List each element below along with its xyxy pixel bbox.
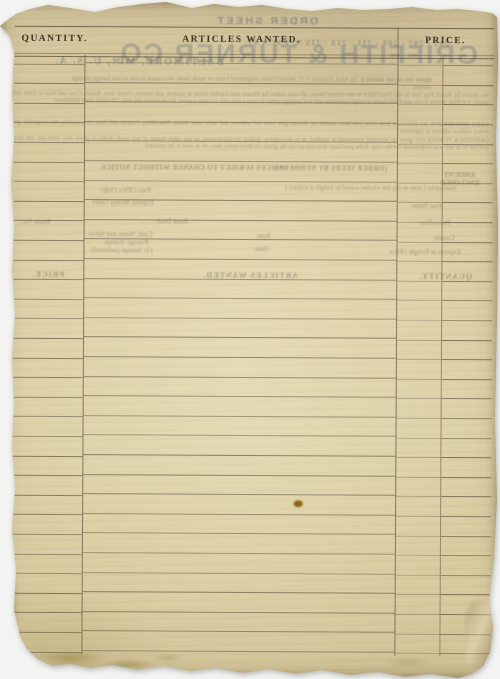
ruled-line-segment [12, 553, 82, 554]
ruled-line-segment [396, 437, 440, 438]
ruled-line-segment [84, 278, 396, 281]
ruled-line-segment [396, 457, 440, 458]
ruled-line-segment [442, 359, 492, 360]
ruled-line-segment [85, 199, 397, 202]
ruled-line-segment [83, 493, 395, 496]
ruled-line-segment [442, 340, 492, 341]
ruled-line-segment [84, 317, 396, 320]
ruled-line-segment [398, 241, 442, 242]
ruled-line-segment [85, 101, 397, 104]
column-header-articles: ARTICLES WANTED. [86, 34, 398, 46]
ruled-line-segment [441, 614, 491, 615]
ruled-line-segment [13, 357, 83, 358]
ruled-line-segment [441, 575, 491, 576]
paper-sheet: ORDER SHEET 205 - 207 - 209 - 211 - 213 … [0, 0, 500, 679]
ruled-line-segment [442, 300, 492, 301]
ruled-line-segment [396, 594, 440, 595]
ruled-line-segment [84, 337, 396, 340]
ruled-line-segment [83, 435, 395, 438]
ruled-line-segment [85, 219, 397, 222]
ruled-line-segment [397, 418, 441, 419]
ruled-line-segment [395, 633, 439, 634]
header-double-rule-bottom [14, 56, 494, 60]
ruled-line-segment [83, 474, 395, 477]
ruled-line-segment [397, 359, 441, 360]
ruled-line-segment [83, 454, 395, 457]
ruled-line-segment [441, 536, 491, 537]
ruled-line-segment [83, 513, 395, 516]
ruled-line-segment [12, 534, 82, 535]
ruled-line-segment [14, 161, 84, 162]
ruled-line-segment [397, 261, 441, 262]
ruled-line-segment [14, 122, 84, 123]
ruled-line-segment [398, 163, 442, 164]
ruled-line-segment [443, 183, 493, 184]
ruled-line-segment [443, 222, 493, 223]
ruled-line-segment [13, 377, 83, 378]
ruled-line-segment [397, 300, 441, 301]
ruled-line-segment [14, 181, 84, 182]
ruled-line-segment [442, 398, 492, 399]
ruled-line-segment [85, 239, 397, 242]
ruled-line-segment [14, 63, 84, 64]
ruled-line-segment [398, 124, 442, 125]
ruled-line-segment [12, 514, 82, 515]
page-content: ORDER SHEET 205 - 207 - 209 - 211 - 213 … [0, 0, 500, 679]
ruled-line-segment [398, 65, 442, 66]
ruled-line-segment [442, 320, 492, 321]
ruled-line-segment [443, 65, 493, 66]
column-header-price: PRICE. [398, 36, 494, 47]
ruled-line-segment [443, 104, 493, 105]
ruled-line-segment [83, 611, 395, 614]
ruled-line-segment [11, 651, 81, 652]
ruled-line-segment [84, 376, 396, 379]
ruled-line-segment [85, 180, 397, 183]
ruled-line-segment [84, 297, 396, 300]
ruled-line-segment [441, 496, 491, 497]
price-cents-divider [439, 58, 443, 656]
ruled-line-segment [397, 398, 441, 399]
ruled-line-segment [13, 397, 83, 398]
ruled-line-segment [83, 591, 395, 594]
ruled-line-segment [443, 124, 493, 125]
ruled-line-segment [84, 258, 396, 261]
ruled-line-segment [396, 496, 440, 497]
ruled-line-segment [84, 356, 396, 359]
ruled-line-segment [12, 495, 82, 496]
ruled-line-segment [14, 220, 84, 221]
column-header-quantity: QUANTITY. [22, 34, 88, 44]
ruled-line-segment [85, 141, 397, 144]
ruled-line-segment [14, 103, 84, 104]
quantity-column-divider [81, 55, 85, 654]
ruled-line-segment [12, 455, 82, 456]
ruled-line-segment [441, 516, 491, 517]
ruled-line-segment [398, 84, 442, 85]
ruled-line-segment [398, 222, 442, 223]
ruled-line-segment [14, 201, 84, 202]
ruled-line-segment [443, 242, 493, 243]
ruled-line-segment [398, 104, 442, 105]
ruled-line-segment [12, 593, 82, 594]
ruled-line-segment [396, 614, 440, 615]
ruled-line-segment [440, 634, 490, 635]
ruled-line-segment [397, 378, 441, 379]
ruled-line-segment [442, 261, 492, 262]
ruled-line-segment [13, 416, 83, 417]
ruled-line-segment [85, 82, 397, 85]
ruled-line-segment [442, 281, 492, 282]
table-top-rule [15, 26, 495, 30]
ruled-line-segment [12, 436, 82, 437]
ruled-line-segment [13, 279, 83, 280]
ruled-line-segment [12, 573, 82, 574]
ruled-line-segment [83, 572, 395, 575]
ruled-line-segment [396, 555, 440, 556]
ruled-line-segment [397, 280, 441, 281]
ruled-line-segment [441, 555, 491, 556]
ruled-line-segment [83, 552, 395, 555]
ruled-line-segment [441, 477, 491, 478]
ruled-line-segment [13, 299, 83, 300]
ruled-line-segment [443, 85, 493, 86]
ruled-line-segment [82, 631, 394, 634]
ruled-line-segment [443, 144, 493, 145]
ruled-line-segment [12, 612, 82, 613]
ruled-rows [2, 0, 500, 1]
ruled-line-segment [442, 418, 492, 419]
ruled-line-segment [440, 653, 490, 654]
ruled-line-segment [443, 202, 493, 203]
ruled-line-segment [13, 259, 83, 260]
ruled-line-segment [83, 533, 395, 536]
ruled-line-segment [441, 457, 491, 458]
ruled-line-segment [396, 476, 440, 477]
ruled-line-segment [441, 438, 491, 439]
ruled-line-segment [12, 475, 82, 476]
ruled-line-segment [395, 653, 439, 654]
ruled-line-segment [14, 240, 84, 241]
ruled-line-segment [84, 415, 396, 418]
scanned-order-sheet: ORDER SHEET 205 - 207 - 209 - 211 - 213 … [0, 0, 500, 679]
ruled-line-segment [396, 516, 440, 517]
ruled-line-segment [397, 320, 441, 321]
ruled-line-segment [85, 160, 397, 163]
ruled-line-segment [13, 318, 83, 319]
ruled-line-segment [398, 182, 442, 183]
paper-shadow: ORDER SHEET 205 - 207 - 209 - 211 - 213 … [0, 0, 500, 679]
order-table: QUANTITY. ARTICLES WANTED. PRICE. [0, 0, 500, 679]
ruled-line-segment [13, 338, 83, 339]
ruled-line-segment [14, 83, 84, 84]
ruled-line-segment [85, 62, 397, 65]
ruled-line-segment [85, 121, 397, 124]
ruled-line-segment [396, 535, 440, 536]
ruled-line-segment [11, 632, 81, 633]
ruled-line-segment [441, 594, 491, 595]
ruled-line-segment [82, 650, 394, 653]
ruled-line-segment [396, 574, 440, 575]
ruled-line-segment [397, 339, 441, 340]
ruled-line-segment [442, 379, 492, 380]
ruled-line-segment [84, 395, 396, 398]
ruled-line-segment [398, 143, 442, 144]
ruled-line-segment [398, 202, 442, 203]
ruled-line-segment [443, 163, 493, 164]
ruled-line-segment [14, 142, 84, 143]
